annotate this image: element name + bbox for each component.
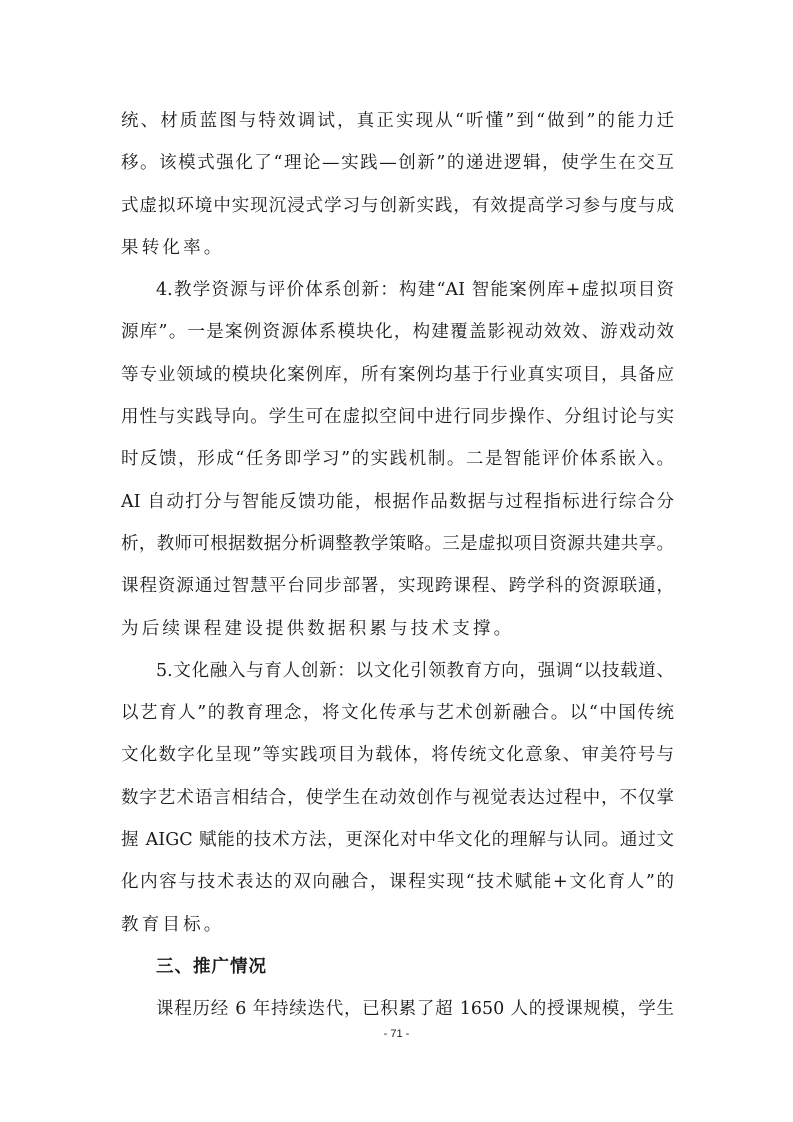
text-line: 化内容与技术表达的双向融合，课程实现“技术赋能+文化育人”的	[121, 861, 674, 903]
body-text: 统、材质蓝图与特效调试，真正实现从“听懂”到“做到”的能力迁 移。该模式强化了“…	[121, 100, 674, 1031]
text-line: 5.文化融入与育人创新：以文化引领教育方向，强调“以技载道、	[121, 650, 674, 692]
paragraph-item-5: 5.文化融入与育人创新：以文化引领教育方向，强调“以技载道、 以艺育人”的教育理…	[121, 650, 674, 946]
page-number: - 71 -	[0, 1028, 793, 1040]
document-page: 统、材质蓝图与特效调试，真正实现从“听懂”到“做到”的能力迁 移。该模式强化了“…	[0, 0, 793, 1122]
text-line: 果转化率。	[121, 227, 674, 269]
text-line: 文化数字化呈现”等实践项目为载体，将传统文化意象、审美符号与	[121, 734, 674, 776]
paragraph-item-4: 4.教学资源与评价体系创新：构建“AI 智能案例库+虚拟项目资 源库”。一是案例…	[121, 269, 674, 650]
section-heading: 三、推广情况	[121, 946, 674, 988]
text-line: 式虚拟环境中实现沉浸式学习与创新实践，有效提高学习参与度与成	[121, 185, 674, 227]
text-line: 析，教师可根据数据分析调整教学策略。三是虚拟项目资源共建共享。	[121, 523, 674, 565]
text-line: 4.教学资源与评价体系创新：构建“AI 智能案例库+虚拟项目资	[121, 269, 674, 311]
text-line: 用性与实践导向。学生可在虚拟空间中进行同步操作、分组讨论与实	[121, 396, 674, 438]
paragraph-continuation: 统、材质蓝图与特效调试，真正实现从“听懂”到“做到”的能力迁 移。该模式强化了“…	[121, 100, 674, 269]
text-line: 课程资源通过智慧平台同步部署，实现跨课程、跨学科的资源联通，	[121, 565, 674, 607]
text-line: 源库”。一是案例资源体系模块化，构建覆盖影视动效效、游戏动效	[121, 311, 674, 353]
text-line: 统、材质蓝图与特效调试，真正实现从“听懂”到“做到”的能力迁	[121, 100, 674, 142]
text-line: AI 自动打分与智能反馈功能，根据作品数据与过程指标进行综合分	[121, 481, 674, 523]
text-line: 时反馈，形成“任务即学习”的实践机制。二是智能评价体系嵌入。	[121, 438, 674, 480]
text-line: 为后续课程建设提供数据积累与技术支撑。	[121, 608, 674, 650]
text-line: 课程历经 6 年持续迭代，已积累了超 1650 人的授课规模，学生	[121, 988, 674, 1030]
text-line: 以艺育人”的教育理念，将文化传承与艺术创新融合。以“中国传统	[121, 692, 674, 734]
text-line: 数字艺术语言相结合，使学生在动效创作与视觉表达过程中，不仅掌	[121, 777, 674, 819]
text-line: 等专业领域的模块化案例库，所有案例均基于行业真实项目，具备应	[121, 354, 674, 396]
text-line: 握 AIGC 赋能的技术方法，更深化对中华文化的理解与认同。通过文	[121, 819, 674, 861]
paragraph-promotion: 课程历经 6 年持续迭代，已积累了超 1650 人的授课规模，学生	[121, 988, 674, 1030]
text-line: 移。该模式强化了“理论—实践—创新”的递进逻辑，使学生在交互	[121, 142, 674, 184]
text-line: 教育目标。	[121, 904, 674, 946]
